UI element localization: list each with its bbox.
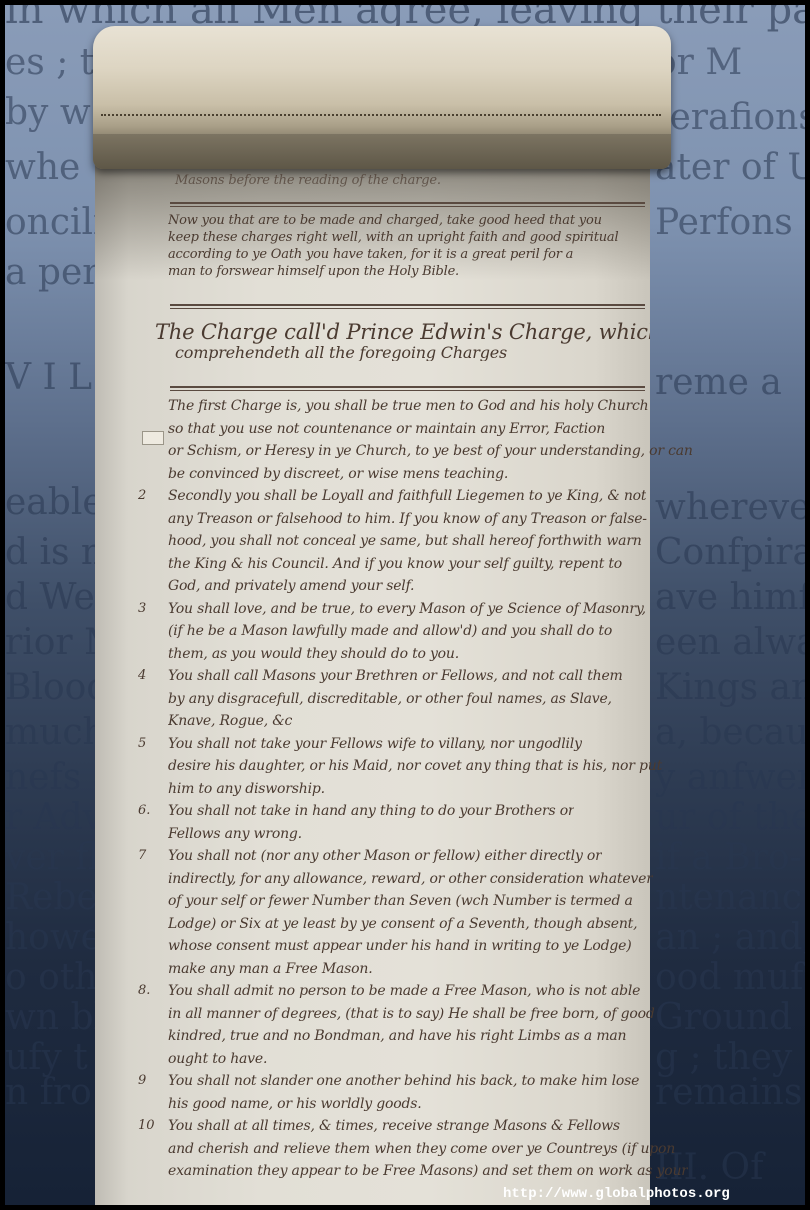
charge-number: 2 — [138, 488, 146, 503]
background-print-line: r Adv — [5, 800, 103, 836]
charge-line: the King & his Council. And if you know … — [168, 556, 622, 573]
background-print-line: reme a — [655, 365, 782, 401]
scroll-roller — [93, 26, 671, 169]
charge-line: and cherish and relieve them when they c… — [168, 1141, 675, 1158]
charge-line: or Schism, or Heresy in ye Church, to ye… — [168, 443, 693, 460]
charge-line: him to any disworship. — [168, 781, 325, 798]
background-print-line: n fro — [5, 1075, 92, 1111]
background-print-line: Perfons — [655, 205, 793, 241]
charge-line: ought to have. — [168, 1051, 267, 1068]
background-print-line: terafions — [655, 100, 805, 136]
background-print-line: by w — [5, 95, 91, 131]
charge-line: Secondly you shall be Loyall and faithfu… — [168, 488, 646, 505]
charge-line: Knave, Rogue, &c — [168, 713, 292, 730]
background-print-line: an ; and, — [655, 920, 805, 956]
roller-stitching — [101, 114, 661, 120]
background-print-line: Confpiraci — [655, 535, 805, 571]
charge-line: examination they appear to be Free Mason… — [168, 1163, 688, 1180]
background-print-line: V I L — [5, 360, 92, 396]
background-print-line: much — [5, 715, 106, 751]
charge-line: so that you use not countenance or maint… — [168, 421, 605, 438]
intro-line: Now you that are to be made and charged,… — [168, 212, 663, 229]
background-print-line: if a Bro- — [655, 840, 802, 876]
charge-line: by any disgracefull, discreditable, or o… — [168, 691, 612, 708]
background-print-line: wn bl — [5, 1000, 105, 1036]
charge-line: You shall at all times, & times, receive… — [168, 1118, 620, 1135]
charge-number: 10 — [138, 1118, 155, 1133]
background-print-line: a per — [5, 255, 99, 291]
background-print-line: Kings an — [655, 670, 805, 706]
charge-line: Lodge) or Six at ye least by ye consent … — [168, 916, 637, 933]
divider-rule — [170, 304, 645, 309]
background-print-line: ood muft — [655, 960, 805, 996]
background-print-line: eable — [5, 485, 104, 521]
background-print-line: d We — [5, 580, 95, 616]
charge-line: them, as you would they should do to you… — [168, 646, 459, 663]
intro-paragraph: Now you that are to be made and charged,… — [168, 212, 663, 280]
charge-line: desire his daughter, or his Maid, nor co… — [168, 758, 662, 775]
background-print-line: g ; they — [655, 1040, 792, 1076]
charge-number: 7 — [138, 848, 146, 863]
background-print-line: a, becaufe — [655, 715, 805, 751]
charge-line: hood, you shall not conceal ye same, but… — [168, 533, 642, 550]
charge-line: You shall admit no person to be made a F… — [168, 983, 640, 1000]
heading-line: comprehendeth all the foregoing Charges — [155, 344, 650, 361]
charge-line: make any man a Free Mason. — [168, 961, 372, 978]
charge-line: Fellows any wrong. — [168, 826, 302, 843]
charge-line: whose consent must appear under his hand… — [168, 938, 632, 955]
charge-line: kindred, true and no Bondman, and have h… — [168, 1028, 626, 1045]
background-print-line: Rebel — [5, 880, 109, 916]
background-print-line: wherever — [655, 490, 805, 526]
charge-number: 5 — [138, 736, 146, 751]
background-print-line: y anfwer'd — [655, 760, 805, 796]
charge-line: The first Charge is, you shall be true m… — [168, 398, 649, 415]
charge-line: in all manner of degrees, (that is to sa… — [168, 1006, 655, 1023]
roller-underside — [93, 134, 671, 169]
charge-line: God, and privately amend your self. — [168, 578, 414, 595]
charge-line: his good name, or his worldly goods. — [168, 1096, 421, 1113]
charge-line: You shall not take your Fellows wife to … — [168, 736, 582, 753]
charge-line: You shall call Masons your Brethren or F… — [168, 668, 623, 685]
charge-line: of your self or fewer Number than Seven … — [168, 893, 633, 910]
watermark: http://www.globalphotos.org — [503, 1186, 730, 1202]
charge-heading: The Charge call'd Prince Edwin's Charge,… — [155, 320, 650, 361]
charge-number: 4 — [138, 668, 146, 683]
background-print-line: ntenanc'd — [655, 880, 805, 916]
manuscript-header-fragment: Masons before the reading of the charge. — [155, 172, 650, 189]
background-print-line: een alway — [655, 625, 805, 661]
charge-number: 9 — [138, 1073, 146, 1088]
background-print-line: ufy t — [5, 1040, 88, 1076]
charge-number: 8. — [138, 983, 150, 998]
background-print-line: ur of the — [655, 800, 805, 836]
divider-rule — [170, 386, 645, 391]
background-print-line: Ground — [655, 1000, 792, 1036]
background-print-line: ave himfe — [655, 580, 805, 616]
heading-line: The Charge call'd Prince Edwin's Charge,… — [155, 320, 650, 344]
intro-line: keep these charges right well, with an u… — [168, 229, 663, 246]
intro-line: man to forswear himself upon the Holy Bi… — [168, 263, 663, 280]
charge-line: (if he be a Mason lawfully made and allo… — [168, 623, 612, 640]
charge-line: You shall not (nor any other Mason or fe… — [168, 848, 602, 865]
background-print-line: remains — [655, 1075, 802, 1111]
background-print-line: ater of U — [655, 150, 805, 186]
charge-number: 6. — [138, 803, 150, 818]
charge-number: 3 — [138, 601, 146, 616]
charge-line: be convinced by discreet, or wise mens t… — [168, 466, 508, 483]
charge-line: You shall not take in hand any thing to … — [168, 803, 574, 820]
charge-line: indirectly, for any allowance, reward, o… — [168, 871, 653, 888]
intro-line: according to ye Oath you have taken, for… — [168, 246, 663, 263]
divider-rule — [170, 202, 645, 207]
charge-line: You shall not slander one another behind… — [168, 1073, 639, 1090]
scroll-tab — [142, 431, 164, 445]
header-fragment-text: Masons before the reading of the charge. — [155, 172, 650, 189]
charge-line: You shall love, and be true, to every Ma… — [168, 601, 646, 618]
charge-line: any Treason or falsehood to him. If you … — [168, 511, 647, 528]
background-print-line: whe — [5, 150, 80, 186]
